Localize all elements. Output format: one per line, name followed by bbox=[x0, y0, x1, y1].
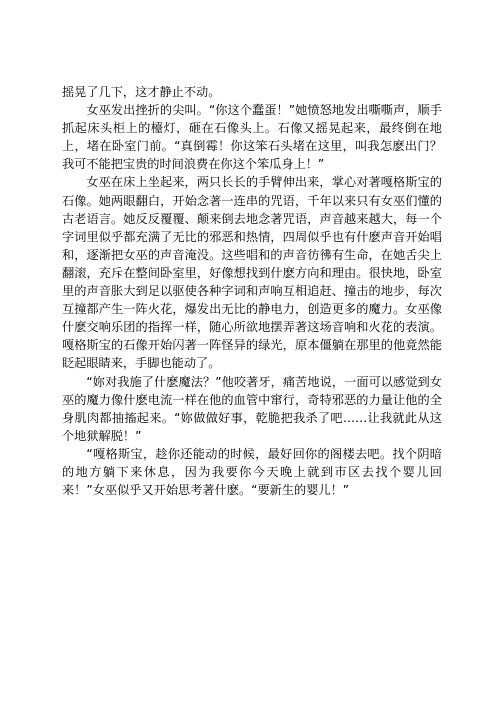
paragraph: “嘎格斯宝，趁你还能动的时候，最好回你的阁楼去吧。找个阴暗的地方躺下来休息，因为… bbox=[62, 445, 442, 499]
paragraph: 女巫发出挫折的尖叫。“你这个蠢蛋！”她愤怒地发出嘶嘶声，顺手抓起床头柜上的檯灯，… bbox=[62, 101, 442, 173]
paragraph-continuation: 摇晃了几下，这才静止不动。 bbox=[62, 83, 442, 101]
text-block: 摇晃了几下，这才静止不动。 女巫发出挫折的尖叫。“你这个蠢蛋！”她愤怒地发出嘶嘶… bbox=[62, 83, 442, 499]
paragraph: “妳对我施了什麽魔法？”他咬著牙，痛苦地说，一面可以感觉到女巫的魔力像什麽电流一… bbox=[62, 373, 442, 445]
document-page: 摇晃了几下，这才静止不动。 女巫发出挫折的尖叫。“你这个蠢蛋！”她愤怒地发出嘶嘶… bbox=[0, 0, 501, 711]
paragraph: 女巫在床上坐起来，两只长长的手臂伸出来，掌心对著嘎格斯宝的石像。她两眼翻白，开始… bbox=[62, 173, 442, 372]
